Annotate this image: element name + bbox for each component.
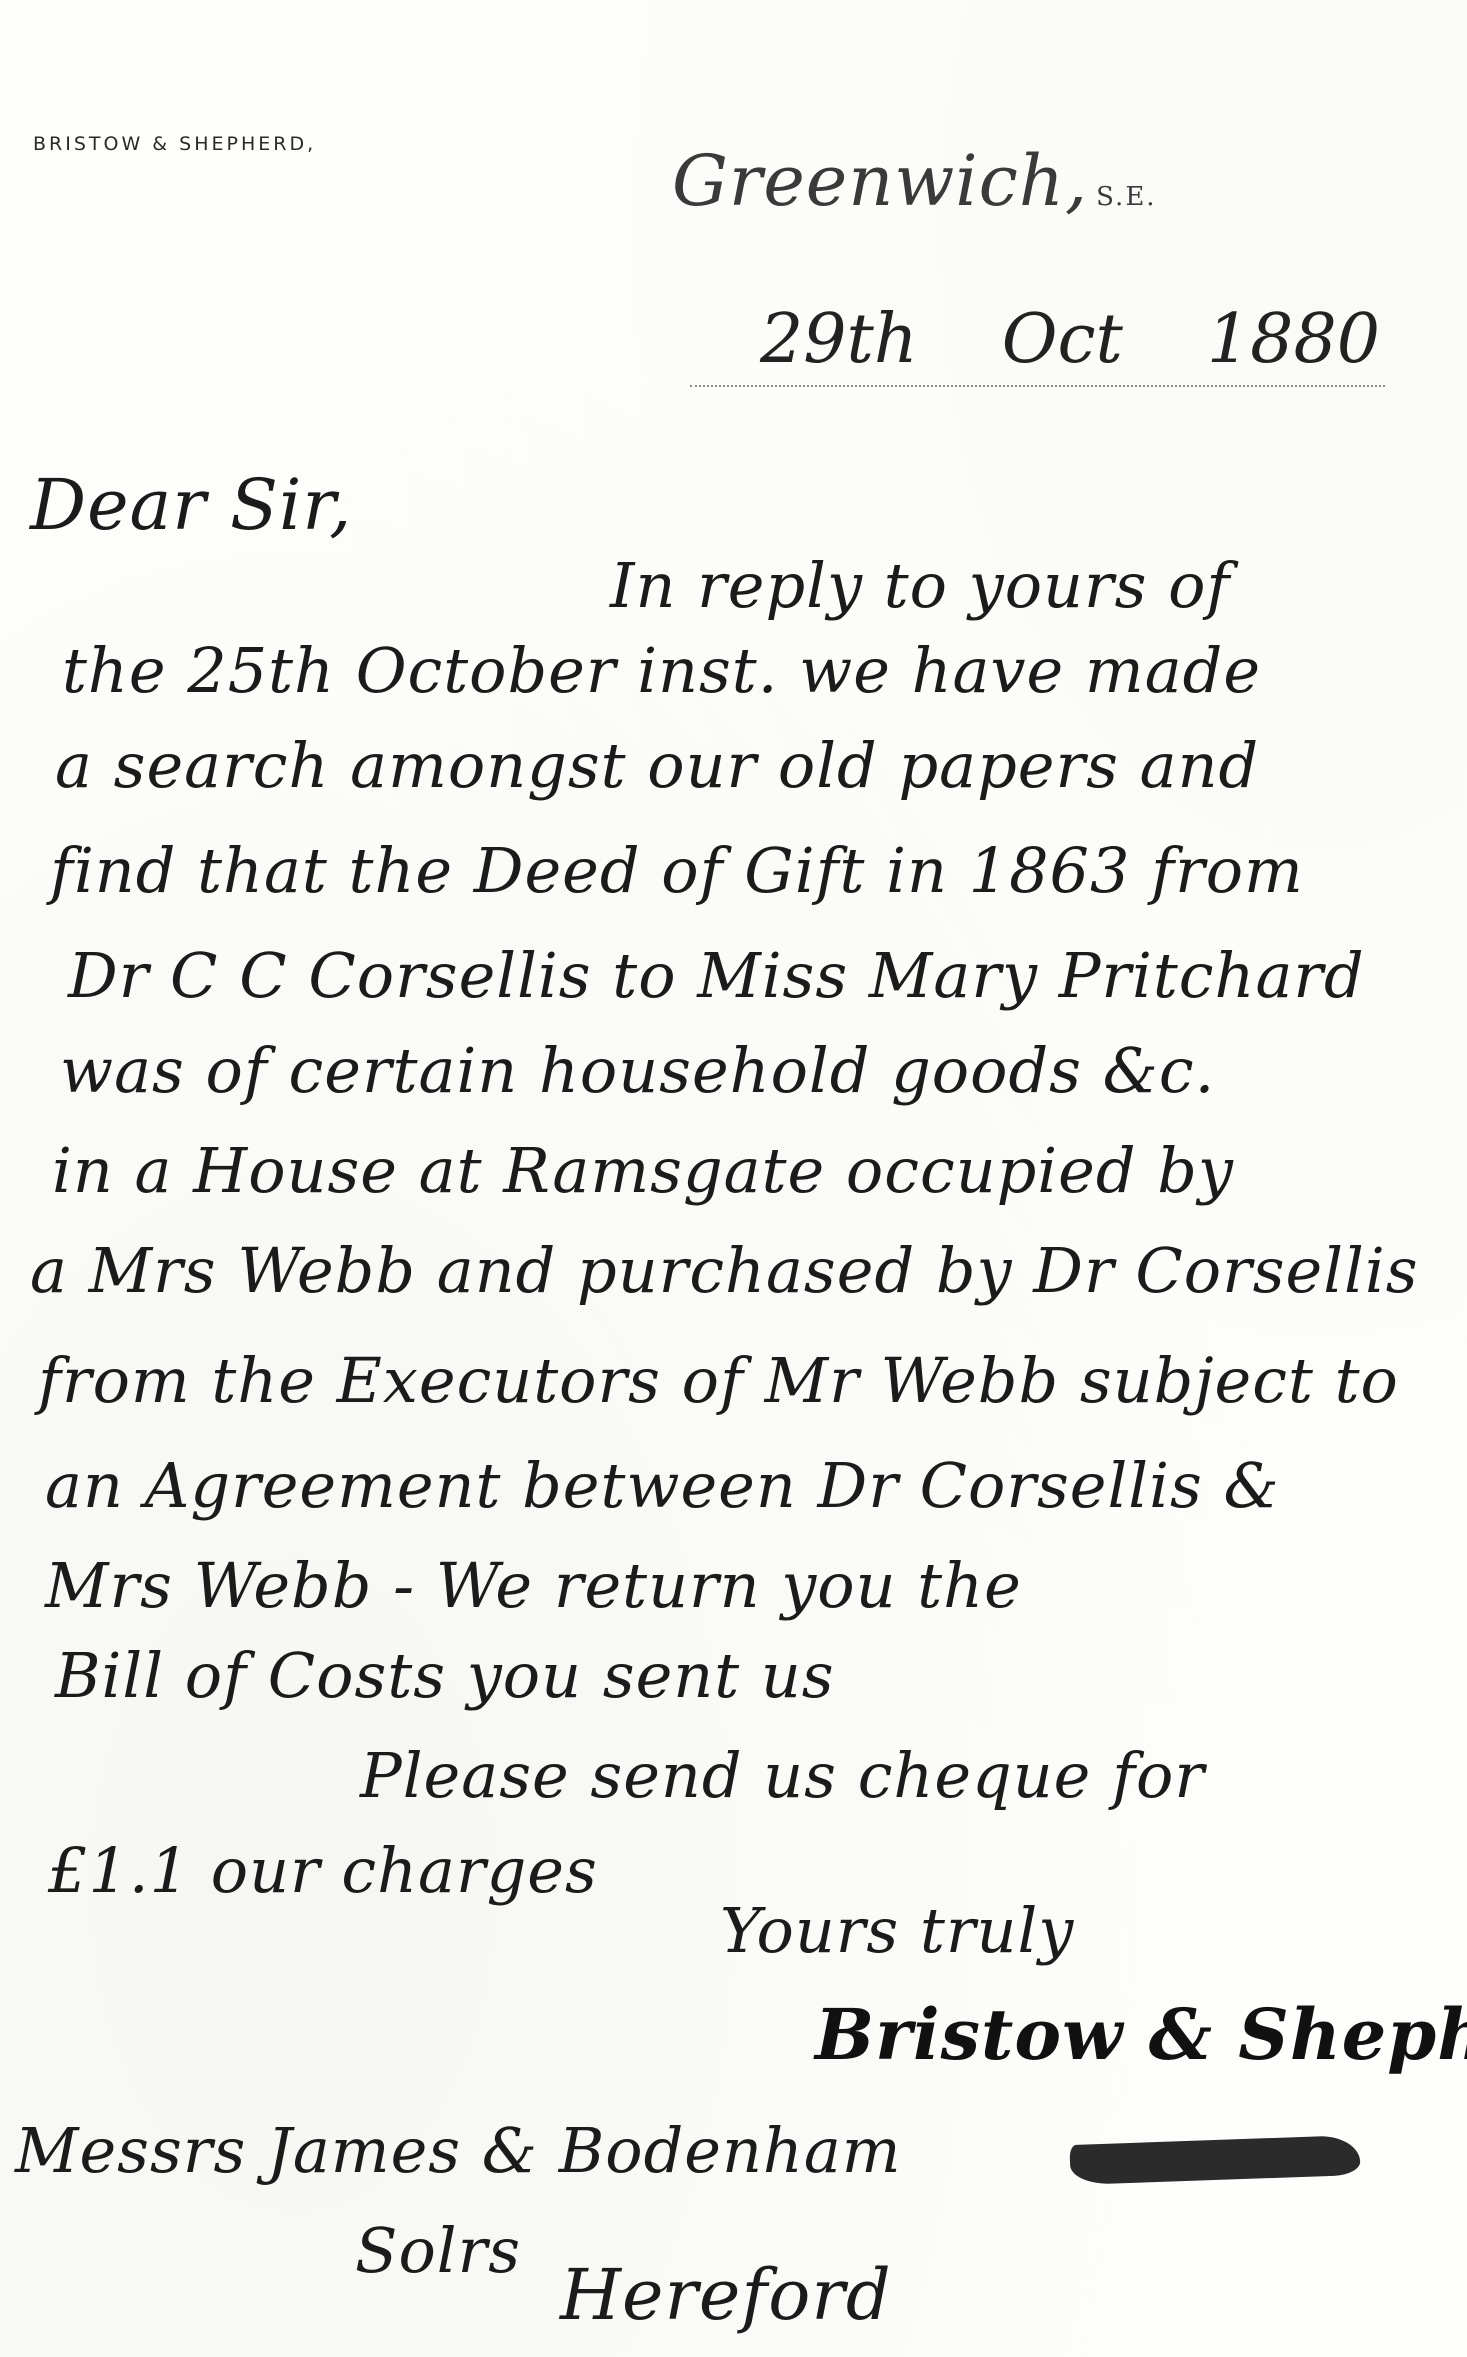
body-line-4: find that the Deed of Gift in 1863 from bbox=[50, 840, 1304, 902]
place-name: Greenwich, bbox=[672, 140, 1088, 222]
addressee-town: Hereford bbox=[560, 2260, 892, 2330]
closing: Yours truly bbox=[720, 1900, 1074, 1962]
addressee-title: Solrs bbox=[355, 2220, 521, 2282]
body-line-11: Mrs Webb - We return you the bbox=[45, 1555, 1022, 1617]
body-line-9: from the Executors of Mr Webb subject to bbox=[38, 1350, 1399, 1412]
letterhead-firm-name: BRISTOW & SHEPHERD, bbox=[33, 133, 316, 155]
salutation: Dear Sir, bbox=[30, 470, 352, 540]
letter-date: 29th Oct 1880 bbox=[760, 300, 1380, 379]
date-month: Oct bbox=[1002, 300, 1123, 379]
body-line-2: the 25th October inst. we have made bbox=[62, 640, 1261, 702]
body-line-5: Dr C C Corsellis to Miss Mary Pritchard bbox=[68, 945, 1365, 1007]
date-day: 29th bbox=[760, 300, 918, 379]
signature: Bristow & Shepherd bbox=[815, 2000, 1467, 2070]
body-line-12: Bill of Costs you sent us bbox=[55, 1645, 835, 1707]
body-line-8: a Mrs Webb and purchased by Dr Corsellis bbox=[30, 1240, 1419, 1302]
place-suffix: S.E. bbox=[1096, 182, 1156, 212]
body-line-7: in a House at Ramsgate occupied by bbox=[52, 1140, 1234, 1202]
body-line-10: an Agreement between Dr Corsellis & bbox=[45, 1455, 1280, 1517]
letterhead-place: Greenwich,S.E. bbox=[672, 140, 1157, 222]
body-line-3: a search amongst our old papers and bbox=[55, 735, 1259, 797]
body-line-13: Please send us cheque for bbox=[360, 1745, 1205, 1807]
body-line-14: £1.1 our charges bbox=[48, 1840, 598, 1902]
body-line-6: was of certain household goods &c. bbox=[60, 1040, 1215, 1102]
body-line-1: In reply to yours of bbox=[610, 555, 1230, 617]
date-dotted-rule bbox=[690, 385, 1385, 387]
date-year: 1880 bbox=[1207, 300, 1380, 379]
addressee-name: Messrs James & Bodenham bbox=[15, 2120, 902, 2182]
